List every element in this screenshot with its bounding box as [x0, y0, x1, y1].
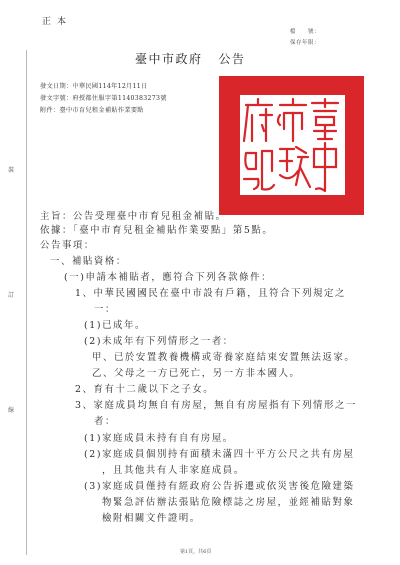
- file-number-label: 檔 號：: [290, 27, 320, 35]
- condition-3-1: (1)家庭成員未持有自有房屋。: [84, 430, 234, 444]
- page-indicator: 第1頁，共6頁: [180, 548, 211, 555]
- title-org: 臺中市政府: [135, 52, 203, 66]
- binding-mark-zhuang: 裝: [8, 165, 14, 174]
- basis-line: 依據：「臺中市育兒租金補貼作業要點」第5點。: [40, 222, 273, 236]
- condition-3-3: (3)家庭成員僅持有經政府公告拆遷或依災害後危險建築: [84, 478, 355, 492]
- binding-mark-xian: 線: [8, 405, 14, 414]
- title-type: 公告: [219, 52, 246, 66]
- binding-mark-ding: 訂: [8, 290, 14, 299]
- condition-3-2-cont: ，且其他共有人非家庭成員。: [102, 462, 245, 476]
- issue-date: 發文日期：中華民國114年12月11日: [40, 81, 148, 90]
- condition-3-2: (2)家庭成員個別持有面積未滿四十平方公尺之共有房屋: [84, 446, 355, 460]
- sub-item-1: (一)申請本補貼者，應符合下列各款條件：: [64, 269, 272, 283]
- page-title: 臺中市政府公告: [135, 50, 246, 67]
- copy-mark: 正本: [42, 14, 72, 27]
- condition-1-2: (2)未成年有下列情形之一者：: [84, 333, 234, 347]
- condition-3-3-cont-2: 檢附相關文件證明。: [102, 510, 201, 524]
- official-seal: [219, 76, 364, 215]
- condition-3-cont: 者：: [94, 413, 116, 427]
- binding-line: [26, 50, 27, 555]
- condition-3-3-cont-1: 物緊急評估辦法張貼危險標誌之房屋，並經補貼對象: [102, 494, 354, 508]
- items-heading: 公告事項：: [40, 237, 95, 251]
- retention-period-label: 保存年限：: [290, 38, 320, 46]
- condition-1-1: (1)已成年。: [84, 317, 146, 331]
- condition-2: 2、育有十二歲以下之子女。: [75, 381, 214, 395]
- condition-1-2-jia: 甲、已於安置教養機構或寄養家庭結束安置無法返家。: [92, 349, 355, 363]
- condition-1-2-yi: 乙、父母之一方已死亡，另一方非本國人。: [92, 365, 301, 379]
- seal-icon: [240, 95, 345, 195]
- subject-line: 主旨：公告受理臺中市育兒租金補貼。: [40, 208, 227, 222]
- attachment: 附件：臺中市育兒租金補貼作業要點: [40, 105, 144, 114]
- section-eligibility: 一、補貼資格：: [50, 253, 127, 267]
- condition-1-cont: 一：: [94, 301, 116, 315]
- reference-number: 發文字號：府授都住服字第1140383273號: [40, 93, 167, 102]
- condition-3: 3、家庭成員均無自有房屋，無自有房屋指有下列情形之一: [75, 397, 357, 411]
- condition-1: 1、中華民國國民在臺中市設有戶籍，且符合下列規定之: [75, 285, 346, 299]
